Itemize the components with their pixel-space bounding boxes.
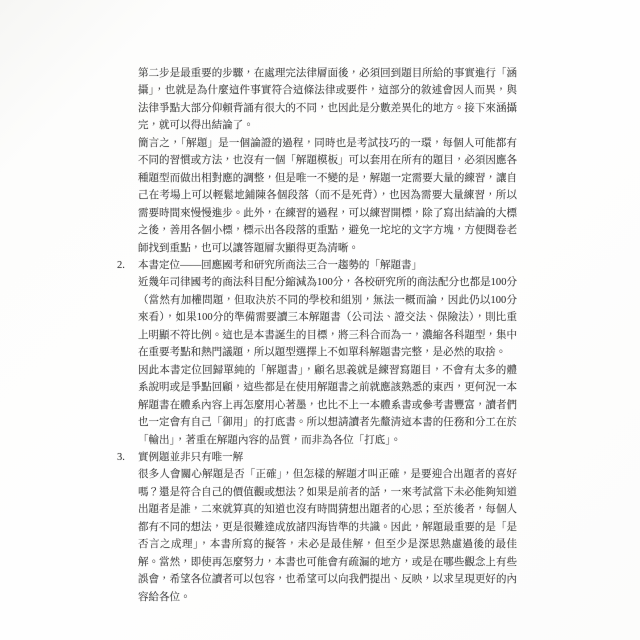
- section-2: 2. 本書定位——回應國考和研究所商法三合一趨勢的「解題書」 近幾年司律國考的商…: [117, 257, 517, 449]
- section-3: 3. 實例題並非只有唯一解 很多人會關心解題是否「正確」，但怎樣的解題才叫正確，…: [117, 449, 517, 606]
- section-body: 實例題並非只有唯一解 很多人會關心解題是否「正確」，但怎樣的解題才叫正確，是要迎…: [138, 449, 517, 606]
- section-number: 3.: [117, 449, 138, 466]
- text-block: 第二步是最重要的步驟，在處理完法律層面後，必須回到題目所給的事實進行「涵攝」，也…: [117, 65, 517, 606]
- section-intro: 第二步是最重要的步驟，在處理完法律層面後，必須回到題目所給的事實進行「涵攝」，也…: [117, 65, 517, 257]
- section-body: 本書定位——回應國考和研究所商法三合一趨勢的「解題書」 近幾年司律國考的商法科目…: [138, 257, 517, 449]
- paragraph: 第二步是最重要的步驟，在處理完法律層面後，必須回到題目所給的事實進行「涵攝」，也…: [138, 65, 517, 135]
- paragraph: 很多人會關心解題是否「正確」，但怎樣的解題才叫正確，是要迎合出題者的喜好嗎？還是…: [138, 466, 517, 606]
- paragraph: 近幾年司律國考的商法科目配分縮減為100分，各校研究所的商法配分也都是100分（…: [138, 274, 517, 361]
- section-heading: 本書定位——回應國考和研究所商法三合一趨勢的「解題書」: [138, 257, 517, 274]
- scanned-page: 第二步是最重要的步驟，在處理完法律層面後，必須回到題目所給的事實進行「涵攝」，也…: [0, 0, 640, 640]
- section-body: 第二步是最重要的步驟，在處理完法律層面後，必須回到題目所給的事實進行「涵攝」，也…: [138, 65, 517, 257]
- paragraph: 因此本書定位回歸單純的「解題書」，顧名思義就是練習寫題目，不會有太多的體系說明或…: [138, 362, 517, 449]
- section-heading: 實例題並非只有唯一解: [138, 449, 517, 466]
- section-number: 2.: [117, 257, 138, 274]
- paragraph: 簡言之，「解題」是一個論證的過程，同時也是考試技巧的一環，每個人可能都有不同的習…: [138, 135, 517, 257]
